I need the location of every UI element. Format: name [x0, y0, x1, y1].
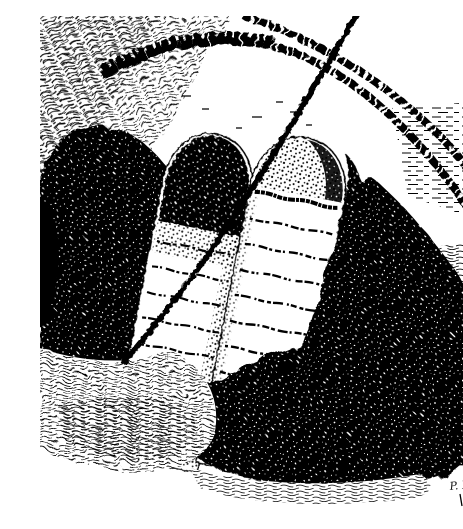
engraving-canvas: P. H.: [40, 16, 463, 513]
engraving-figure: P. H.: [40, 16, 463, 513]
signature-text: P. H.: [448, 477, 463, 493]
